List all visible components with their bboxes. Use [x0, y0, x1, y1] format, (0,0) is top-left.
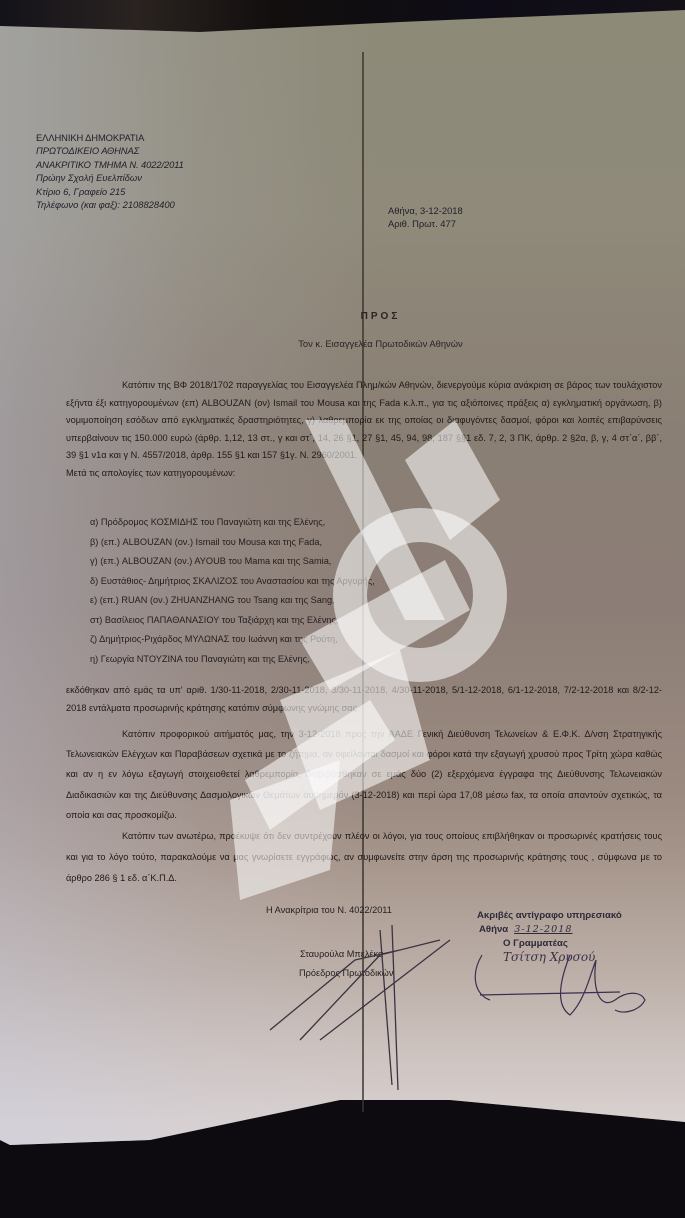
signature-strokes — [0, 0, 685, 1218]
court-document: ΕΛΛΗΝΙΚΗ ΔΗΜΟΚΡΑΤΙΑ ΠΡΩΤΟΔΙΚΕΙΟ ΑΘΗΝΑΣ Α… — [0, 0, 685, 1218]
